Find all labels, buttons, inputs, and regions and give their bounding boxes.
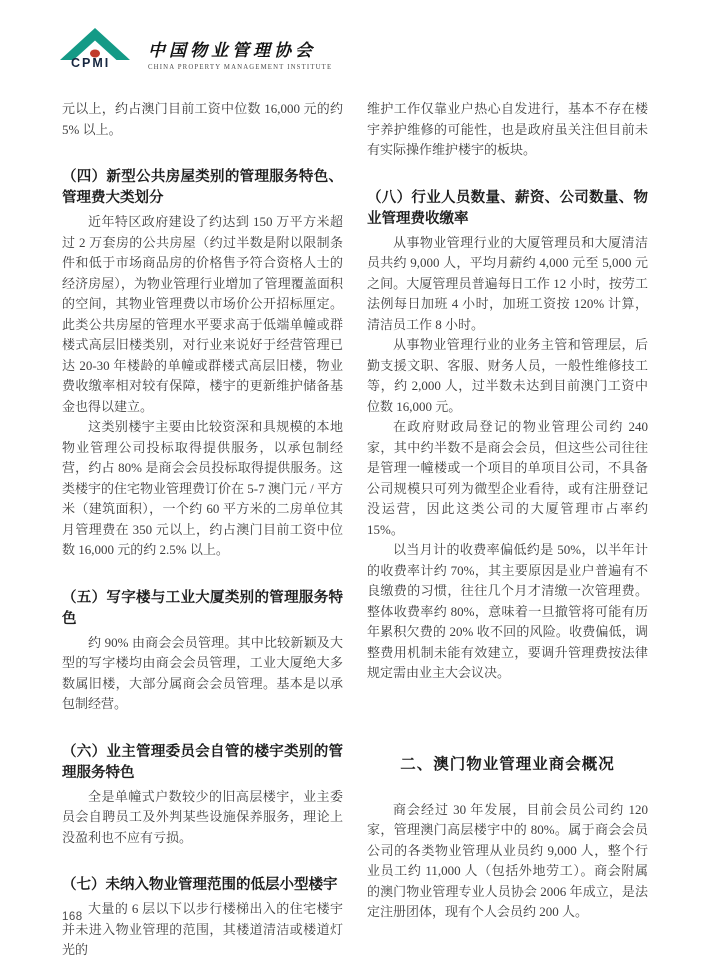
logo-acronym: CPMI	[71, 56, 110, 70]
section-heading-8: （八）行业人员数量、薪资、公司数量、物业管理费收缴率	[367, 188, 648, 230]
cpmi-logo: CPMI	[58, 27, 132, 77]
right-column: 维护工作仅靠业户热心自发进行，基本不存在楼宇养护维修的可能性，也是政府虽关注但目…	[367, 99, 648, 961]
section8-paragraph-3: 在政府财政局登记的物业管理公司约 240 家，其中约半数不是商会会员，但这些公司…	[367, 417, 648, 540]
left-column: 元以上，约占澳门目前工资中位数 16,000 元的约 5% 以上。 （四）新型公…	[62, 99, 343, 961]
two-column-body: 元以上，约占澳门目前工资中位数 16,000 元的约 5% 以上。 （四）新型公…	[62, 99, 648, 961]
paragraph-continued: 维护工作仅靠业户热心自发进行，基本不存在楼宇养护维修的可能性，也是政府虽关注但目…	[367, 99, 648, 161]
paragraph-continued: 元以上，约占澳门目前工资中位数 16,000 元的约 5% 以上。	[62, 99, 343, 140]
document-page: CPMI 中国物业管理协会 CHINA PROPERTY MANAGEMENT …	[0, 0, 710, 963]
section8-paragraph-2: 从事物业管理行业的业务主管和管理层，后勤支援文职、客服、财务人员，一般性维修技工…	[367, 335, 648, 417]
section-heading-7: （七）未纳入物业管理范围的低层小型楼宇	[62, 875, 343, 896]
chapter2-paragraph-1: 商会经过 30 年发展，目前会员公司约 120 家，管理澳门高层楼宇中的 80%…	[367, 800, 648, 923]
section8-paragraph-1: 从事物业管理行业的大厦管理员和大厦清洁员共约 9,000 人，平均月薪约 4,0…	[367, 233, 648, 336]
section4-paragraph-1: 近年特区政府建设了约达到 150 万平方米超过 2 万套房的公共房屋（约过半数是…	[62, 212, 343, 417]
section-heading-4: （四）新型公共房屋类别的管理服务特色、管理费大类划分	[62, 167, 343, 209]
section4-paragraph-2: 这类别楼宇主要由比较资深和具规模的本地物业管理公司投标取得提供服务，以承包制经营…	[62, 417, 343, 561]
org-name-english: CHINA PROPERTY MANAGEMENT INSTITUTE	[148, 64, 332, 71]
header: CPMI 中国物业管理协会 CHINA PROPERTY MANAGEMENT …	[58, 27, 332, 77]
section-heading-5: （五）写字楼与工业大厦类别的管理服务特色	[62, 588, 343, 630]
org-name-chinese: 中国物业管理协会	[148, 36, 332, 61]
page-number: 168	[62, 911, 83, 923]
section5-paragraph: 约 90% 由商会会员管理。其中比较新颖及大型的写字楼均由商会会员管理，工业大厦…	[62, 633, 343, 715]
chapter2-heading: 二、澳门物业管理业商会概况	[367, 754, 648, 776]
section6-paragraph: 全是单幢式户数较少的旧高层楼宇，业主委员会自聘员工及外判某些设施保养服务，理论上…	[62, 787, 343, 849]
section8-paragraph-4: 以当月计的收费率偏低约是 50%，以半年计的收费率计约 70%，其主要原因是业户…	[367, 540, 648, 684]
logo-text-block: 中国物业管理协会 CHINA PROPERTY MANAGEMENT INSTI…	[148, 27, 332, 71]
section7-paragraph: 大量的 6 层以下以步行楼梯出入的住宅楼宇并未进入物业管理的范围，其楼道清洁或楼…	[62, 899, 343, 961]
section-heading-6: （六）业主管理委员会自管的楼宇类别的管理服务特色	[62, 742, 343, 784]
